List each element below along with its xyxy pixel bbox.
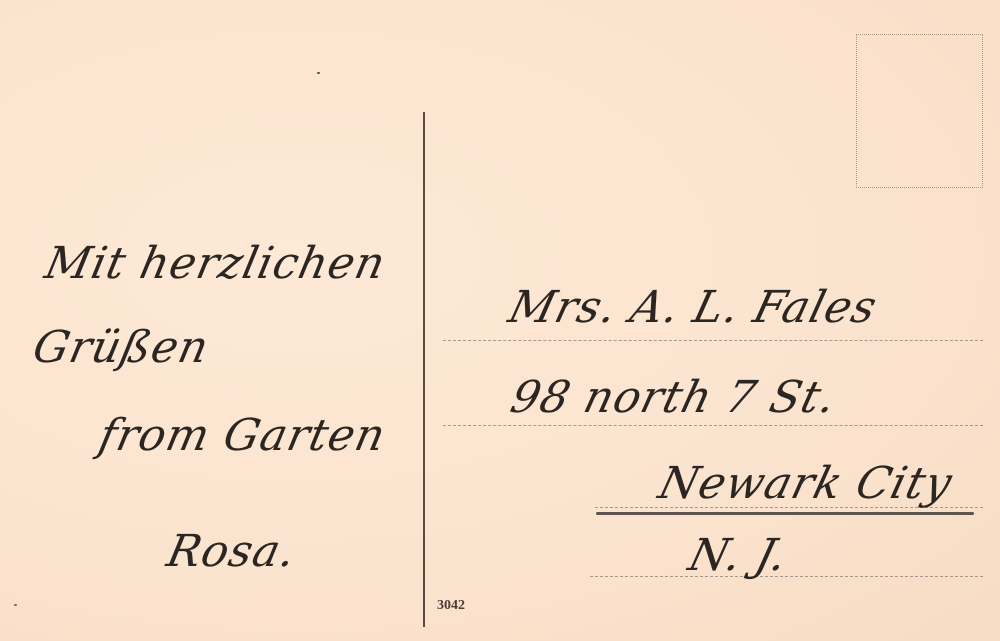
paper-speck — [14, 604, 17, 606]
message-line-2: Grüßen — [29, 322, 214, 373]
stamp-box — [856, 34, 983, 188]
recipient-city: Newark City — [654, 458, 958, 509]
paper-speck — [317, 72, 320, 74]
address-line-1 — [443, 340, 983, 341]
message-line-3: from Garten — [95, 410, 391, 461]
address-line-2 — [443, 425, 983, 426]
city-strikethrough — [596, 512, 974, 515]
recipient-name: Mrs. A. L. Fales — [504, 282, 883, 333]
message-line-1: Mit herzlichen — [41, 238, 391, 289]
recipient-street: 98 north 7 St. — [506, 372, 842, 423]
center-divider — [423, 112, 425, 627]
recipient-state: N. J. — [684, 530, 794, 581]
signature: Rosa. — [163, 526, 301, 577]
publisher-number: 3042 — [437, 598, 465, 614]
address-line-4 — [590, 576, 983, 577]
postcard-back: Mit herzlichen Grüßen from Garten Rosa. … — [0, 0, 1000, 641]
